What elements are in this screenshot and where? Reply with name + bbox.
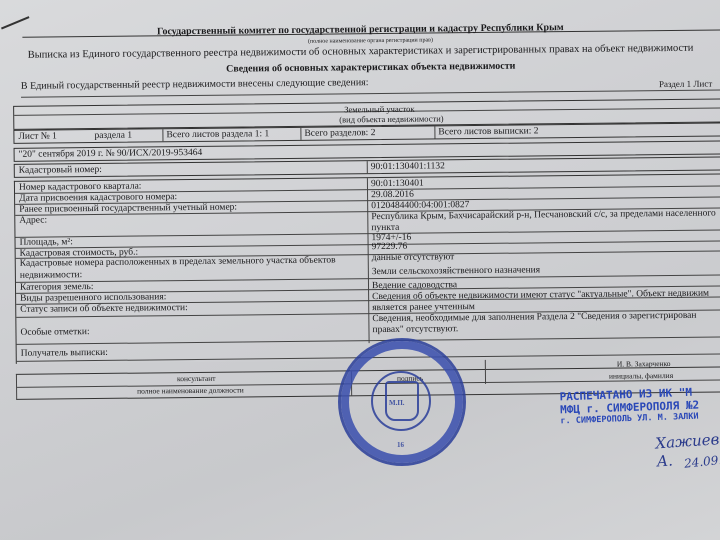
section-title: Сведения об основных характеристиках объ… xyxy=(1,58,720,77)
position: консультант xyxy=(177,373,216,385)
signer-name: И. В. Захарченко xyxy=(617,358,671,371)
field-label: Особые отметки: xyxy=(20,326,89,339)
field-value: Земли сельскохозяйственного назначения xyxy=(372,264,540,278)
total-sections: Всего разделов: 2 xyxy=(304,127,375,140)
cadastral-number-label: Кадастровый номер: xyxy=(19,164,102,177)
section-reference: Раздел 1 Лист xyxy=(659,79,712,90)
position-caption: полное наименование должности xyxy=(137,384,244,397)
cadastral-number-value: 90:01:130401:1132 xyxy=(371,160,445,173)
object-type-caption: (вид объекта недвижимости) xyxy=(339,112,443,125)
signer-name-caption: инициалы, фамилия xyxy=(609,370,673,383)
field-value-continued: правах" отсутствуют. xyxy=(372,323,458,336)
field-label: Адрес: xyxy=(19,215,47,227)
sheet-number: Лист № 1 xyxy=(18,130,57,142)
intro-text: В Единый государственный реестр недвижим… xyxy=(21,77,369,92)
seal-center-text: М.П. xyxy=(389,399,405,407)
print-stamp: РАСПЕЧАТАНО ИЗ ИК "М МФЦ г. СИМФЕРОПОЛЯ … xyxy=(559,386,699,427)
sheet-section: раздела 1 xyxy=(94,130,132,142)
field-value: данные отсутствуют xyxy=(372,251,455,264)
field-label-continued: недвижимости: xyxy=(20,269,82,282)
field-label: Кадастровые номера расположенных в преде… xyxy=(20,255,336,270)
seal-number: 16 xyxy=(397,441,404,449)
field-value: Республика Крым, Бахчисарайский р-н, Пес… xyxy=(371,208,716,224)
total-sheets-extract: Всего листов выписки: 2 xyxy=(438,125,538,138)
official-seal: М.П. 16 xyxy=(338,338,466,466)
field-label: Получатель выписки: xyxy=(21,347,108,360)
field-label: Статус записи об объекте недвижимости: xyxy=(20,302,188,316)
characteristics-table: Номер кадастрового квартала: 90:01:13040… xyxy=(14,173,720,364)
total-sheets-section: Всего листов раздела 1: 1 xyxy=(166,128,269,141)
document-reference: "20" сентября 2019 г. № 90/ИСХ/2019-9534… xyxy=(19,147,203,161)
document-page: Государственный комитет по государственн… xyxy=(0,0,720,540)
